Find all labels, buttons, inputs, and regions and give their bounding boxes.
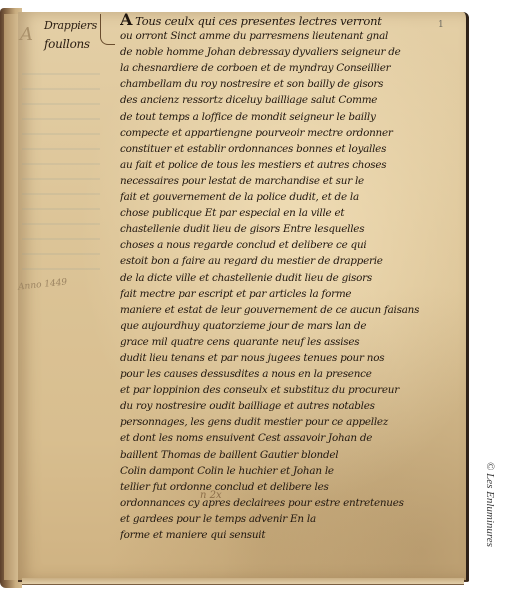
decorated-initial: A [120,12,132,28]
text-line: dudit lieu tenans et par nous jugees ten… [120,350,460,366]
stray-pen-marks: n 2x [200,490,222,501]
text-line: necessaires pour lestat de marchandise e… [120,173,460,189]
text-line: la chesnardiere de corboen et de myndray… [120,60,460,76]
margin-heading: Drappiers foullons [44,16,97,54]
text-line: personnages, les gens dudit mestier pour… [120,414,460,430]
text-line: de la dicte ville et chastellenie dudit … [120,270,460,286]
text-line: et gardees pour le temps advenir En la [120,511,460,527]
text-line: forme et maniere qui sensuit [120,527,460,543]
text-line-content: Tous ceulx qui ces presentes lectres ver… [135,14,381,28]
text-line: de tout temps a loffice de mondit seigne… [120,109,460,125]
text-line: et par loppinion des conseulx et substit… [120,382,460,398]
text-line: que aujourdhuy quatorzieme jour de mars … [120,318,460,334]
text-line: ou orront Sinct amme du parresmens lieut… [120,28,460,44]
text-line: tellier fut ordonne conclud et delibere … [120,479,460,495]
manuscript-text-block: ATous ceulx qui ces presentes lectres ve… [120,12,460,543]
text-line: Colin dampont Colin le huchier et Johan … [120,463,460,479]
text-line: et dont les noms ensuivent Cest assavoir… [120,430,460,446]
text-line: maniere et estat de leur gouvernement de… [120,302,460,318]
text-line: chose publicque Et par especial en la vi… [120,205,460,221]
text-line: grace mil quatre cens quarante neuf les … [120,334,460,350]
text-line: baillent Thomas de baillent Gautier blon… [120,447,460,463]
text-line: constituer et establir ordonnances bonne… [120,141,460,157]
text-line: au fait et police de tous les mestiers e… [120,157,460,173]
text-line: de noble homme Johan debressay dyvaliers… [120,44,460,60]
text-line: ATous ceulx qui ces presentes lectres ve… [120,12,460,28]
text-line: ordonnances cy apres declairees pour est… [120,495,460,511]
text-line: chastellenie dudit lieu de gisors Entre … [120,221,460,237]
text-line: des ancienz ressortz diceluy bailliage s… [120,92,460,108]
bracket-flourish [100,14,115,45]
text-line: fait et gouvernement de la police dudit,… [120,189,460,205]
text-line: compecte et appartiengne pourveoir mectr… [120,125,460,141]
margin-heading-line1: Drappiers [44,16,97,35]
text-line: estoit bon a faire au regard du mestier … [120,253,460,269]
text-line: du roy nostresire oudit bailliage et aut… [120,398,460,414]
text-line: pour les causes dessusdites a nous en la… [120,366,460,382]
margin-initial: A [20,24,33,45]
faint-show-through-text [22,60,100,280]
text-line: fait mectre par escript et par articles … [120,286,460,302]
margin-heading-line2: foullons [44,35,97,54]
text-line: chambellam du roy nostresire et son bail… [120,76,460,92]
text-line: choses a nous regarde conclud et deliber… [120,237,460,253]
page-bottom-edge [22,578,464,585]
copyright-notice: © Les Enluminures [480,462,496,582]
